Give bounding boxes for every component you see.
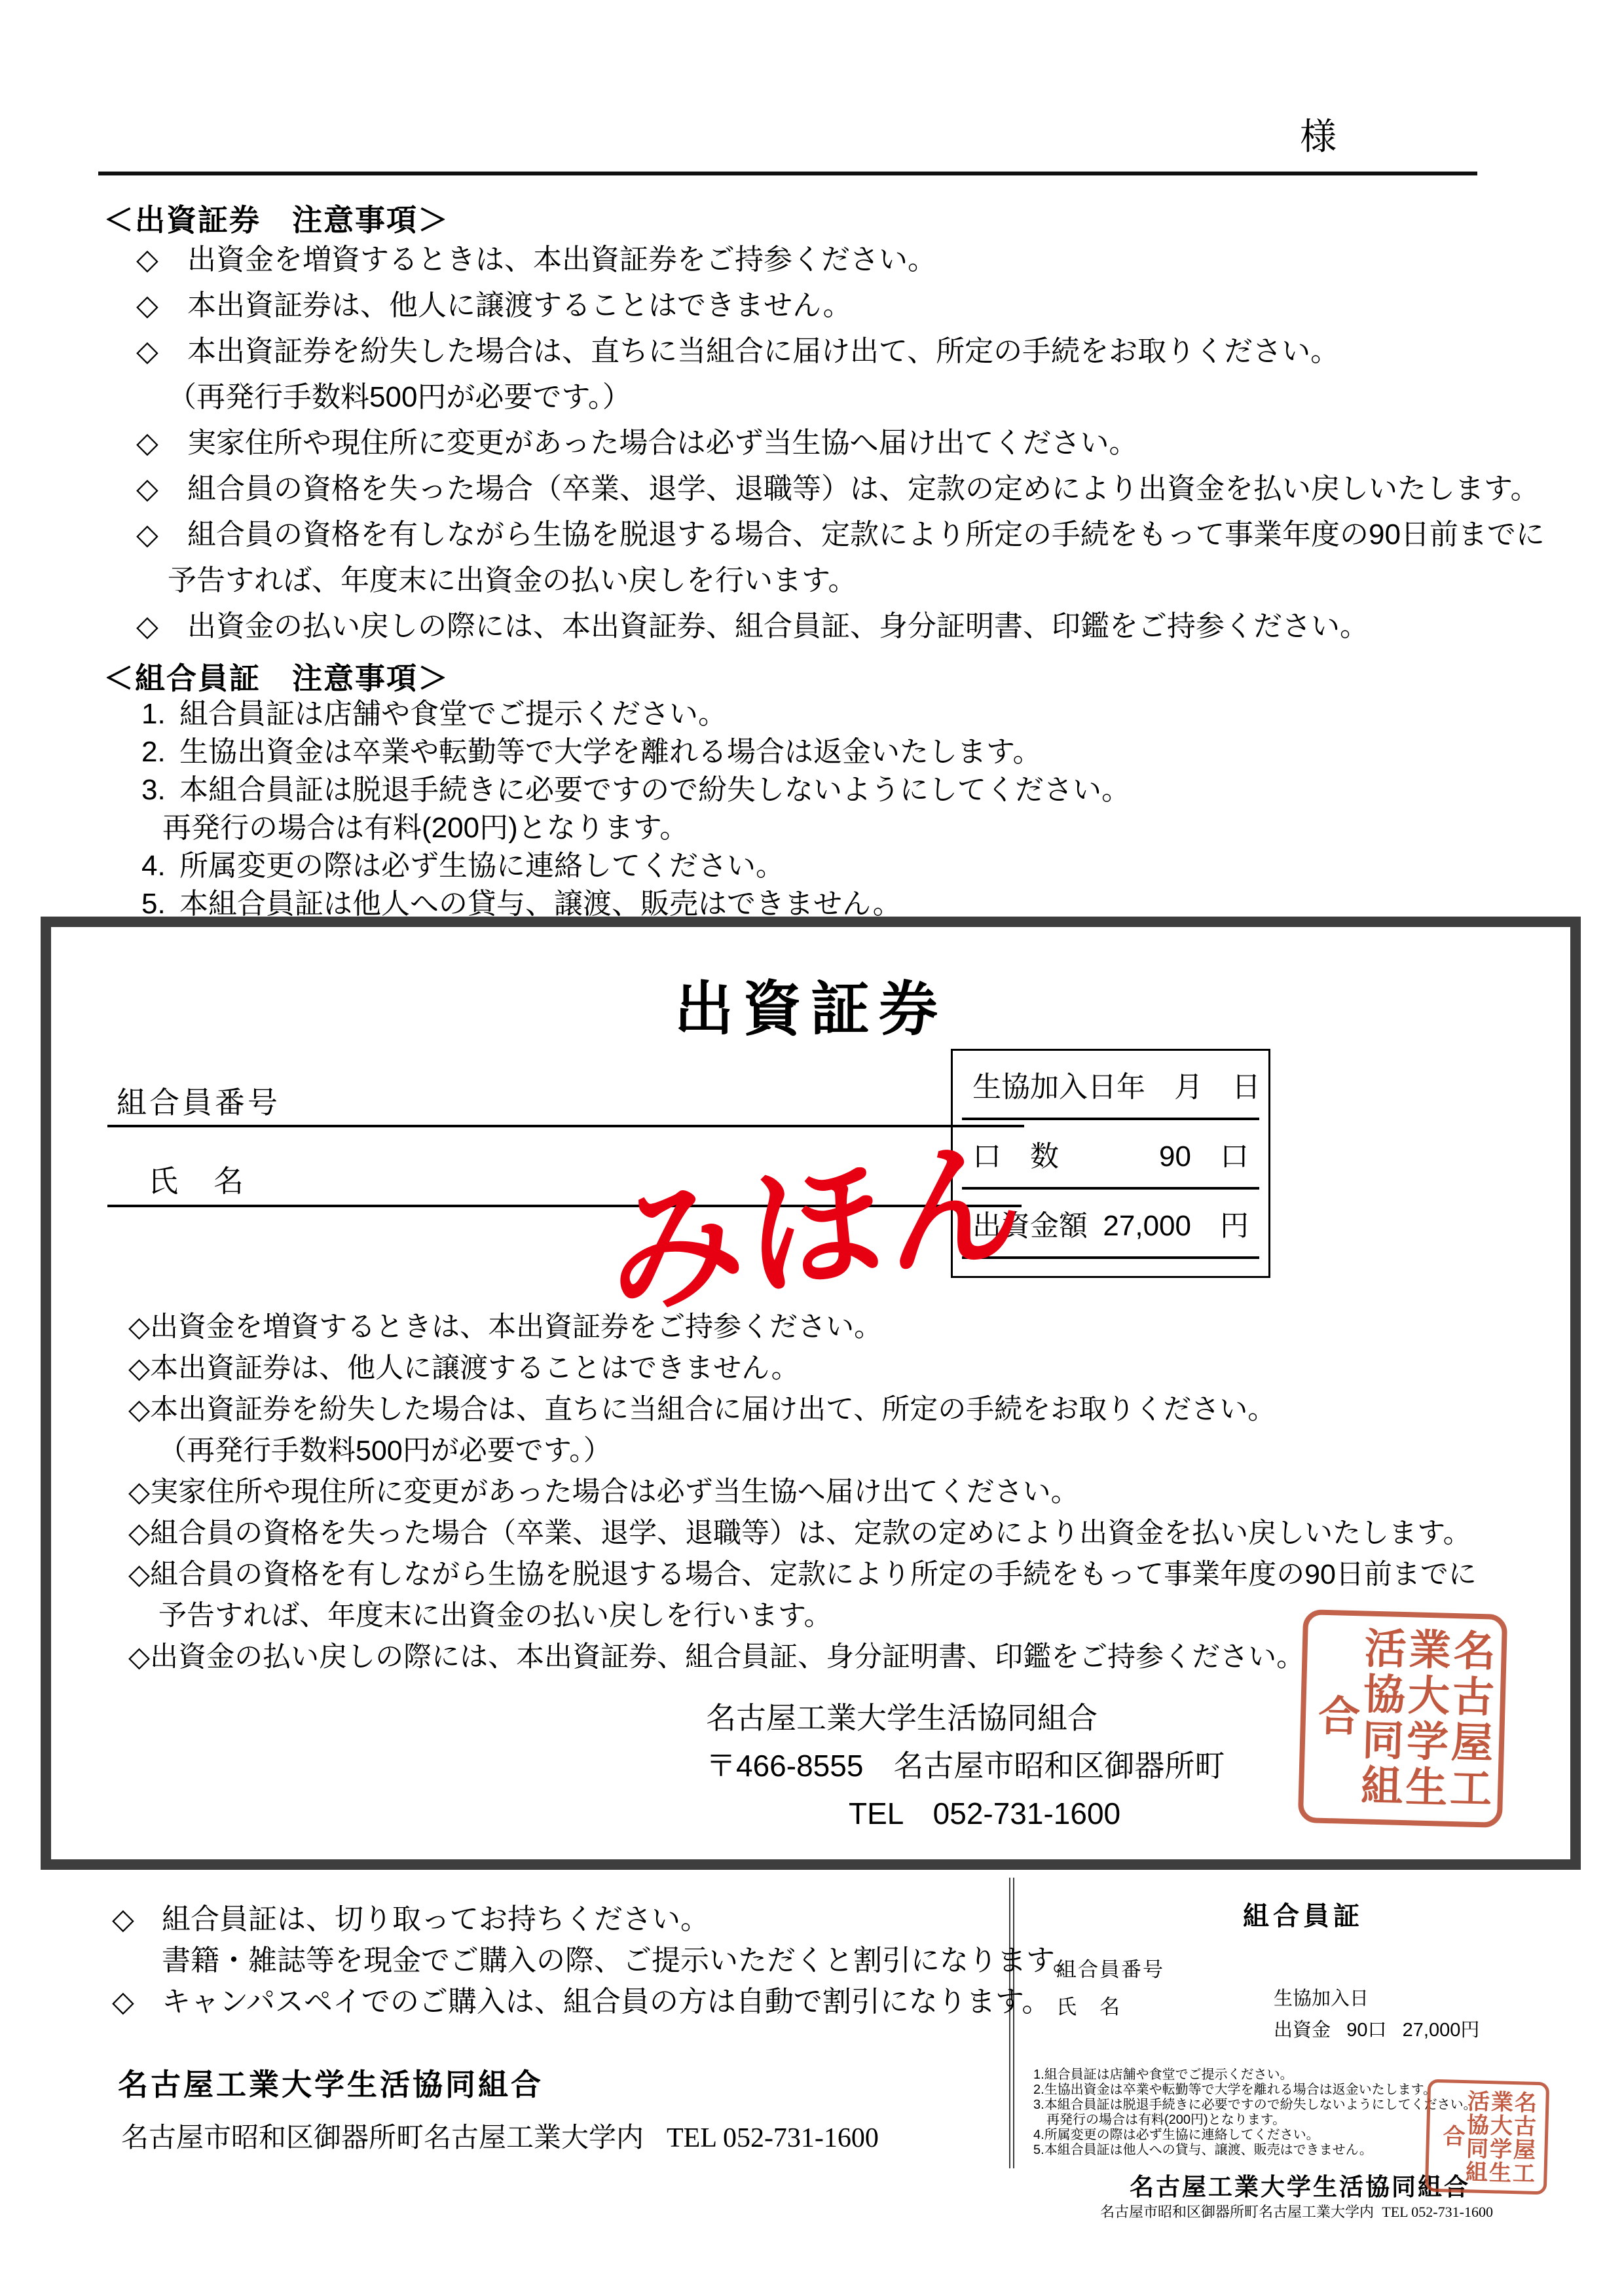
card-notes-list: 1.組合員証は店舗や食堂でご提示ください。 2.生協出資金は卒業や転勤等で大学を…	[1033, 2068, 1477, 2158]
bottom-left-address-line: 名古屋市昭和区御器所町名古屋工業大学内 TEL 052-731-1600	[121, 2116, 879, 2155]
list-item: ◇組合員の資格を失った場合（卒業、退学、退職等）は、定款の定めにより出資金を払い…	[105, 466, 1545, 512]
list-item-text: 組合員の資格を失った場合（卒業、退学、退職等）は、定款の定めにより出資金を払い戻…	[187, 473, 1539, 505]
seal-column: 業大学生	[1400, 1627, 1449, 1812]
list-item-text: 実家住所や現住所に変更があった場合は必ず当生協へ届け出てください。	[150, 1476, 1079, 1508]
seal-column: 合	[1440, 2124, 1464, 2148]
list-item-text: 出資金を増資するときは、本出資証券をご持参ください。	[150, 1311, 882, 1343]
card-contribution-label: 出資金	[1274, 2020, 1331, 2041]
card-join-date-label: 生協加入日	[1274, 1984, 1369, 2011]
list-item-text: 本出資証券を紛失した場合は、直ちに当組合に届け出て、所定の手続をお取りください。	[150, 1394, 1276, 1425]
list-item-text: 組合員の資格を有しながら生協を脱退する場合、定款により所定の手続をもって事業年度…	[187, 519, 1545, 551]
bottom-left-tel: TEL 052-731-1600	[667, 2123, 879, 2153]
list-item-text: 所属変更の際は必ず生協に連絡してください。	[1044, 2128, 1319, 2142]
units-value: 90 口	[1159, 1133, 1249, 1175]
issuer-tel: TEL 052-731-1600	[706, 1790, 1225, 1838]
card-name-label: 氏 名	[1056, 1990, 1121, 2020]
list-item: ◇組合員の資格を失った場合（卒業、退学、退職等）は、定款の定めにより出資金を払い…	[128, 1513, 1477, 1554]
addressee-suffix: 様	[1300, 108, 1338, 160]
diamond-bullet-icon: ◇	[105, 420, 187, 466]
list-item-continuation: （再発行手数料500円が必要です。）	[158, 1430, 1477, 1472]
diamond-bullet-icon: ◇	[128, 1476, 150, 1508]
list-item-text: 本組合員証は他人への貸与、譲渡、販売はできません。	[1044, 2143, 1373, 2157]
list-item: ◇出資金の払い戻しの際には、本出資証券、組合員証、身分証明書、印鑑をご持参くださ…	[128, 1637, 1477, 1678]
list-item-text: 所属変更の際は必ず生協に連絡してください。	[179, 850, 784, 882]
gap	[1331, 2020, 1346, 2041]
diamond-bullet-icon: ◇	[128, 1518, 150, 1549]
list-item-text: 出資金の払い戻しの際には、本出資証券、組合員証、身分証明書、印鑑をご持参ください…	[187, 610, 1369, 642]
list-number: 3.	[105, 771, 179, 809]
seal-column: 名古屋工	[1509, 2090, 1536, 2185]
gap	[1386, 2020, 1402, 2041]
shusshi-notes-title: ＜出資証券 注意事項＞	[103, 196, 449, 240]
list-item: ◇キャンパスペイでのご購入は、組合員の方は自動で割引になります。	[108, 1981, 1081, 2022]
seal-column: 名古屋工	[1445, 1628, 1494, 1813]
list-number: 1.	[105, 695, 179, 733]
list-item: 2.生協出資金は卒業や転勤等で大学を離れる場合は返金いたします。	[105, 733, 1130, 771]
list-item-text: 組合員証は店舗や食堂でご提示ください。	[1044, 2068, 1293, 2082]
diamond-bullet-icon: ◇	[105, 512, 187, 558]
list-number: 4.	[105, 847, 179, 885]
list-item: 1.組合員証は店舗や食堂でご提示ください。	[105, 695, 1130, 733]
kumiai-notes-list: 1.組合員証は店舗や食堂でご提示ください。 2.生協出資金は卒業や転勤等で大学を…	[105, 695, 1130, 923]
list-item-text: 本出資証券は、他人に譲渡することはできません。	[150, 1353, 800, 1384]
diamond-bullet-icon: ◇	[128, 1559, 150, 1590]
list-item-continuation: 予告すれば、年度末に出資金の払い戻しを行います。	[168, 558, 1545, 604]
specimen-watermark: みほん	[606, 1089, 1029, 1344]
certificate-notes-list: ◇出資金を増資するときは、本出資証券をご持参ください。 ◇本出資証券は、他人に譲…	[128, 1307, 1477, 1678]
seal-column: 合	[1313, 1693, 1359, 1740]
diamond-bullet-icon: ◇	[105, 604, 187, 649]
list-item-text: 生協出資金は卒業や転勤等で大学を離れる場合は返金いたします。	[179, 736, 1041, 768]
list-item-text: 実家住所や現住所に変更があった場合は必ず当生協へ届け出てください。	[187, 427, 1138, 459]
list-item: ◇出資金の払い戻しの際には、本出資証券、組合員証、身分証明書、印鑑をご持参くださ…	[105, 604, 1545, 649]
share-certificate-box: 出資証券 組合員番号 氏 名 生協加入日 年 月 日 口 数 90 口 出資金額…	[41, 917, 1581, 1870]
coop-seal-stamp-large: 名古屋工 業大学生 活協同組 合	[1298, 1609, 1507, 1828]
issuer-address: 〒466-8555 名古屋市昭和区御器所町	[706, 1742, 1225, 1790]
card-tel: TEL 052-731-1600	[1382, 2204, 1493, 2220]
list-item: 4.所属変更の際は必ず生協に連絡してください。	[1033, 2128, 1477, 2143]
seal-column: 活協同組	[1356, 1626, 1405, 1810]
share-certificate-document-page: 様 ＜出資証券 注意事項＞ ◇出資金を増資するときは、本出資証券をご持参ください…	[0, 0, 1624, 2296]
issuer-address-block: 名古屋工業大学生活協同組合 〒466-8555 名古屋市昭和区御器所町 TEL …	[706, 1694, 1225, 1838]
list-item: ◇実家住所や現住所に変更があった場合は必ず当生協へ届け出てください。	[105, 420, 1545, 466]
list-item: ◇組合員証は、切り取ってお持ちください。	[108, 1899, 1081, 1940]
diamond-bullet-icon: ◇	[105, 329, 187, 374]
list-item-text: 組合員の資格を有しながら生協を脱退する場合、定款により所定の手続をもって事業年度…	[150, 1559, 1477, 1590]
list-item: ◇本出資証券は、他人に譲渡することはできません。	[128, 1348, 1477, 1389]
list-item-text: 本出資証券を紛失した場合は、直ちに当組合に届け出て、所定の手続をお取りください。	[187, 335, 1339, 367]
diamond-bullet-icon: ◇	[105, 466, 187, 512]
kumiai-notes-title: ＜組合員証 注意事項＞	[103, 655, 449, 698]
coop-seal-stamp-small: 名古屋工 業大学生 活協同組 合	[1425, 2079, 1549, 2195]
list-item-continuation: 再発行の場合は有料(200円)となります。	[1033, 2113, 1477, 2128]
member-card-title: 組合員証	[1022, 1895, 1585, 1933]
list-item-continuation: 予告すれば、年度末に出資金の払い戻しを行います。	[158, 1595, 1477, 1637]
list-item-text: 組合員証は店舗や食堂でご提示ください。	[179, 698, 727, 730]
card-member-number-label: 組合員番号	[1056, 1953, 1164, 1982]
list-item: ◇組合員の資格を有しながら生協を脱退する場合、定款により所定の手続をもって事業年…	[128, 1554, 1477, 1595]
list-item-text: キャンパスペイでのご購入は、組合員の方は自動で割引になります。	[162, 1986, 1050, 2018]
diamond-bullet-icon: ◇	[105, 283, 187, 329]
diamond-bullet-icon: ◇	[108, 1899, 162, 1940]
shusshi-notes-list: ◇出資金を増資するときは、本出資証券をご持参ください。 ◇本出資証券は、他人に譲…	[105, 237, 1545, 649]
card-contribution-units: 90口	[1346, 2020, 1386, 2041]
bottom-left-notes: ◇組合員証は、切り取ってお持ちください。 書籍・雑誌等を現金でご購入の際、ご提示…	[108, 1899, 1081, 2022]
list-item-text: 生協出資金は卒業や転勤等で大学を離れる場合は返金いたします。	[1044, 2083, 1436, 2097]
list-item: ◇組合員の資格を有しながら生協を脱退する場合、定款により所定の手続をもって事業年…	[105, 512, 1545, 558]
list-item: ◇本出資証券を紛失した場合は、直ちに当組合に届け出て、所定の手続をお取りください…	[128, 1389, 1477, 1430]
list-number: 2.	[105, 733, 179, 771]
list-item: 2.生協出資金は卒業や転勤等で大学を離れる場合は返金いたします。	[1033, 2083, 1477, 2098]
list-item: 5.本組合員証は他人への貸与、譲渡、販売はできません。	[1033, 2143, 1477, 2158]
certificate-title: 出資証券	[51, 961, 1570, 1046]
list-item-text: 組合員の資格を失った場合（卒業、退学、退職等）は、定款の定めにより出資金を払い戻…	[150, 1518, 1471, 1549]
list-item-text: 本出資証券は、他人に譲渡することはできません。	[187, 289, 852, 321]
list-item-text: 出資金を増資するときは、本出資証券をご持参ください。	[187, 244, 936, 276]
list-number: 1.	[1033, 2068, 1044, 2082]
issuer-org-name: 名古屋工業大学生活協同組合	[706, 1694, 1225, 1742]
card-contribution-row: 出資金 90口 27,000円	[1274, 2015, 1479, 2042]
list-item: ◇出資金を増資するときは、本出資証券をご持参ください。	[128, 1307, 1477, 1348]
list-item-text: 本組合員証は脱退手続きに必要ですので紛失しないようにしてください。	[179, 774, 1130, 806]
list-item: ◇実家住所や現住所に変更があった場合は必ず当生協へ届け出てください。	[128, 1472, 1477, 1513]
card-address: 名古屋市昭和区御器所町名古屋工業大学内	[1100, 2204, 1374, 2220]
name-label: 氏 名	[148, 1157, 246, 1201]
gap	[1374, 2204, 1382, 2220]
list-item-text: 出資金の払い戻しの際には、本出資証券、組合員証、身分証明書、印鑑をご持参ください…	[150, 1641, 1304, 1673]
list-item: ◇本出資証券は、他人に譲渡することはできません。	[105, 283, 1545, 329]
list-number: 5.	[1033, 2143, 1044, 2157]
list-item: 3.本組合員証は脱退手続きに必要ですので紛失しないようにしてください。	[105, 771, 1130, 809]
list-item-continuation: （再発行手数料500円が必要です。）	[168, 374, 1545, 420]
diamond-bullet-icon: ◇	[128, 1394, 150, 1425]
list-item: 4.所属変更の際は必ず生協に連絡してください。	[105, 847, 1130, 885]
list-item-continuation: 再発行の場合は有料(200円)となります。	[162, 809, 1130, 847]
list-item: 3.本組合員証は脱退手続きに必要ですので紛失しないようにしてください。	[1033, 2098, 1477, 2113]
list-number: 3.	[1033, 2098, 1044, 2112]
diamond-bullet-icon: ◇	[128, 1353, 150, 1384]
addressee-underline	[98, 172, 1477, 175]
seal-column: 業大学生	[1486, 2090, 1512, 2185]
diamond-bullet-icon: ◇	[128, 1641, 150, 1673]
seal-column: 活協同組	[1462, 2089, 1488, 2184]
member-number-label: 組合員番号	[117, 1079, 280, 1122]
list-item: ◇出資金を増資するときは、本出資証券をご持参ください。	[105, 237, 1545, 283]
join-date-value: 年 月 日	[1116, 1063, 1261, 1105]
list-item-text: 組合員証は、切り取ってお持ちください。	[162, 1903, 709, 1935]
amount-value: 27,000 円	[1103, 1202, 1249, 1244]
list-item-text: 本組合員証は脱退手続きに必要ですので紛失しないようにしてください。	[1044, 2098, 1477, 2112]
list-number: 4.	[1033, 2128, 1044, 2142]
card-contribution-amount: 27,000円	[1403, 2020, 1480, 2041]
list-item-text: 本組合員証は他人への貸与、譲渡、販売はできません。	[179, 888, 902, 920]
list-item: ◇本出資証券を紛失した場合は、直ちに当組合に届け出て、所定の手続をお取りください…	[105, 329, 1545, 374]
diamond-bullet-icon: ◇	[105, 237, 187, 283]
diamond-bullet-icon: ◇	[128, 1311, 150, 1343]
bottom-left-org-name: 名古屋工業大学生活協同組合	[118, 2061, 544, 2104]
diamond-bullet-icon: ◇	[108, 1981, 162, 2022]
list-item: 1.組合員証は店舗や食堂でご提示ください。	[1033, 2068, 1477, 2083]
address-gap	[644, 2122, 667, 2153]
list-item-continuation: 書籍・雑誌等を現金でご購入の際、ご提示いただくと割引になります。	[162, 1940, 1081, 1981]
card-address-line: 名古屋市昭和区御器所町名古屋工業大学内 TEL 052-731-1600	[1002, 2201, 1591, 2221]
bottom-left-address: 名古屋市昭和区御器所町名古屋工業大学内	[121, 2122, 644, 2153]
list-number: 2.	[1033, 2083, 1044, 2097]
